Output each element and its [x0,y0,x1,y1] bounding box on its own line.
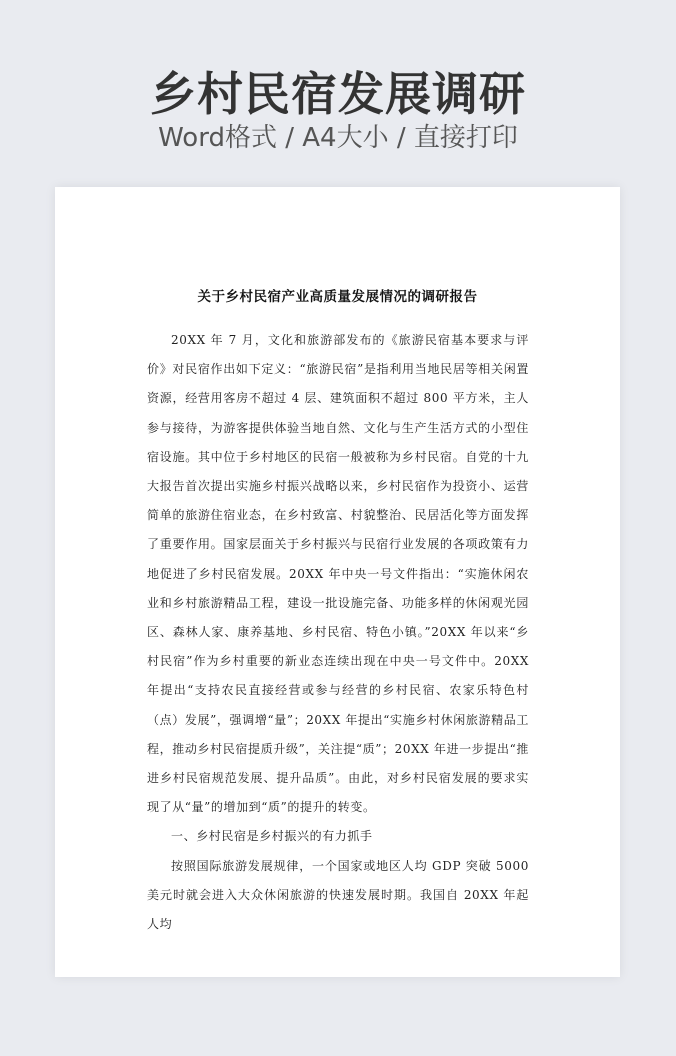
document-body: 20XX 年 7 月，文化和旅游部发布的《旅游民宿基本要求与评价》对民宿作出如下… [147,326,529,939]
document-title: 关于乡村民宿产业高质量发展情况的调研报告 [55,285,620,305]
document-page: 关于乡村民宿产业高质量发展情况的调研报告 20XX 年 7 月，文化和旅游部发布… [55,187,620,977]
section-heading: 一、乡村民宿是乡村振兴的有力抓手 [147,822,529,851]
paragraph: 按照国际旅游发展规律，一个国家或地区人均 GDP 突破 5000 美元时就会进入… [147,852,529,940]
paragraph: 20XX 年 7 月，文化和旅游部发布的《旅游民宿基本要求与评价》对民宿作出如下… [147,326,529,822]
hero-title: 乡村民宿发展调研 [0,66,676,122]
hero-subtitle: Word格式 / A4大小 / 直接打印 [0,120,676,156]
